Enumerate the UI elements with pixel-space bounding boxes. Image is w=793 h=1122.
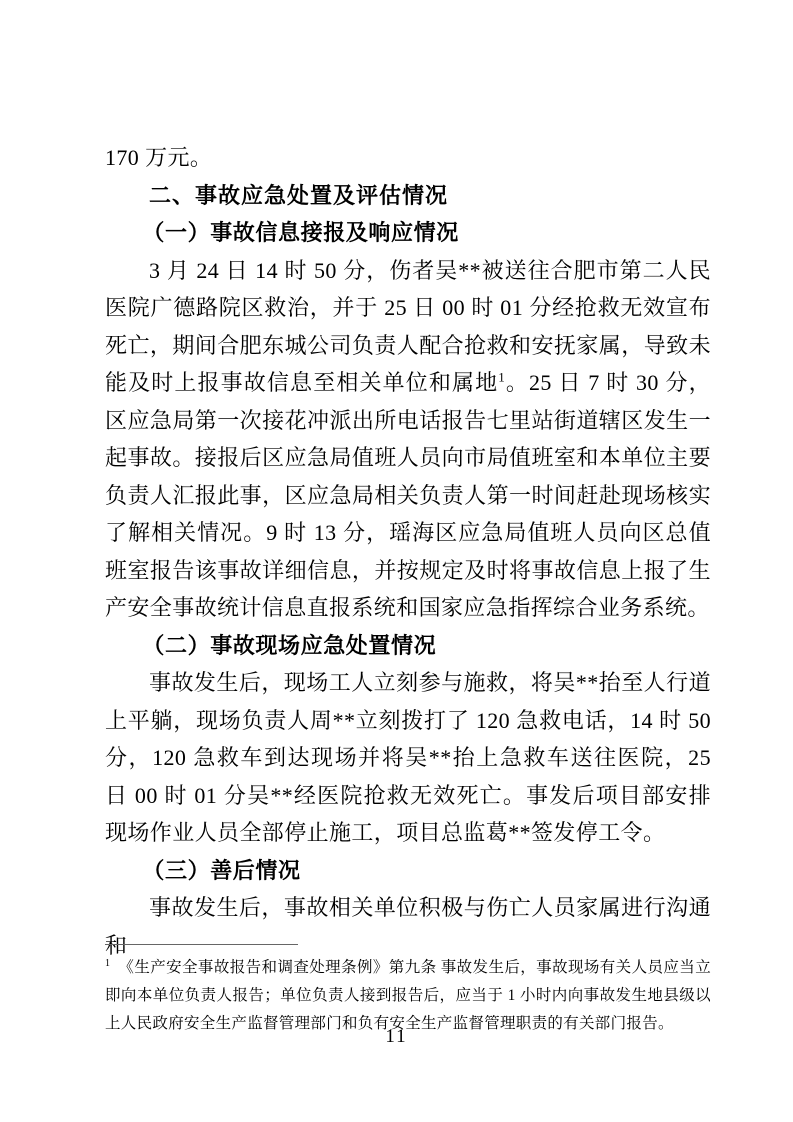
section-heading: 二、事故应急处置及评估情况	[105, 177, 711, 215]
footnote-marker: 1	[105, 958, 110, 969]
footnote-text: 《生产安全事故报告和调查处理条例》第九条 事故发生后，事故现场有关人员应当立即向…	[105, 959, 711, 1032]
paragraph-text-after-footnote-ref: 。25 日 7 时 30 分，区应急局第一次接花冲派出所电话报告七里站街道辖区发…	[105, 370, 711, 620]
document-body: 170 万元。 二、事故应急处置及评估情况 （一）事故信息接报及响应情况 3 月…	[105, 139, 711, 964]
paragraph-onsite-response: 事故发生后，现场工人立刻参与施救，将吴**抬至人行道上平躺，现场负责人周**立刻…	[105, 664, 711, 852]
document-page: 170 万元。 二、事故应急处置及评估情况 （一）事故信息接报及响应情况 3 月…	[0, 0, 793, 1122]
paragraph-continuation: 170 万元。	[105, 139, 711, 177]
footnote-separator	[105, 944, 298, 945]
footnote-area: 1《生产安全事故报告和调查处理条例》第九条 事故发生后，事故现场有关人员应当立即…	[105, 944, 711, 1038]
paragraph-info-reporting: 3 月 24 日 14 时 50 分，伤者吴**被送往合肥市第二人民医院广德路院…	[105, 252, 711, 627]
page-number: 11	[0, 1026, 793, 1048]
subsection-heading-2: （二）事故现场应急处置情况	[105, 627, 711, 665]
subsection-heading-3: （三）善后情况	[105, 852, 711, 890]
subsection-heading-1: （一）事故信息接报及响应情况	[105, 214, 711, 252]
